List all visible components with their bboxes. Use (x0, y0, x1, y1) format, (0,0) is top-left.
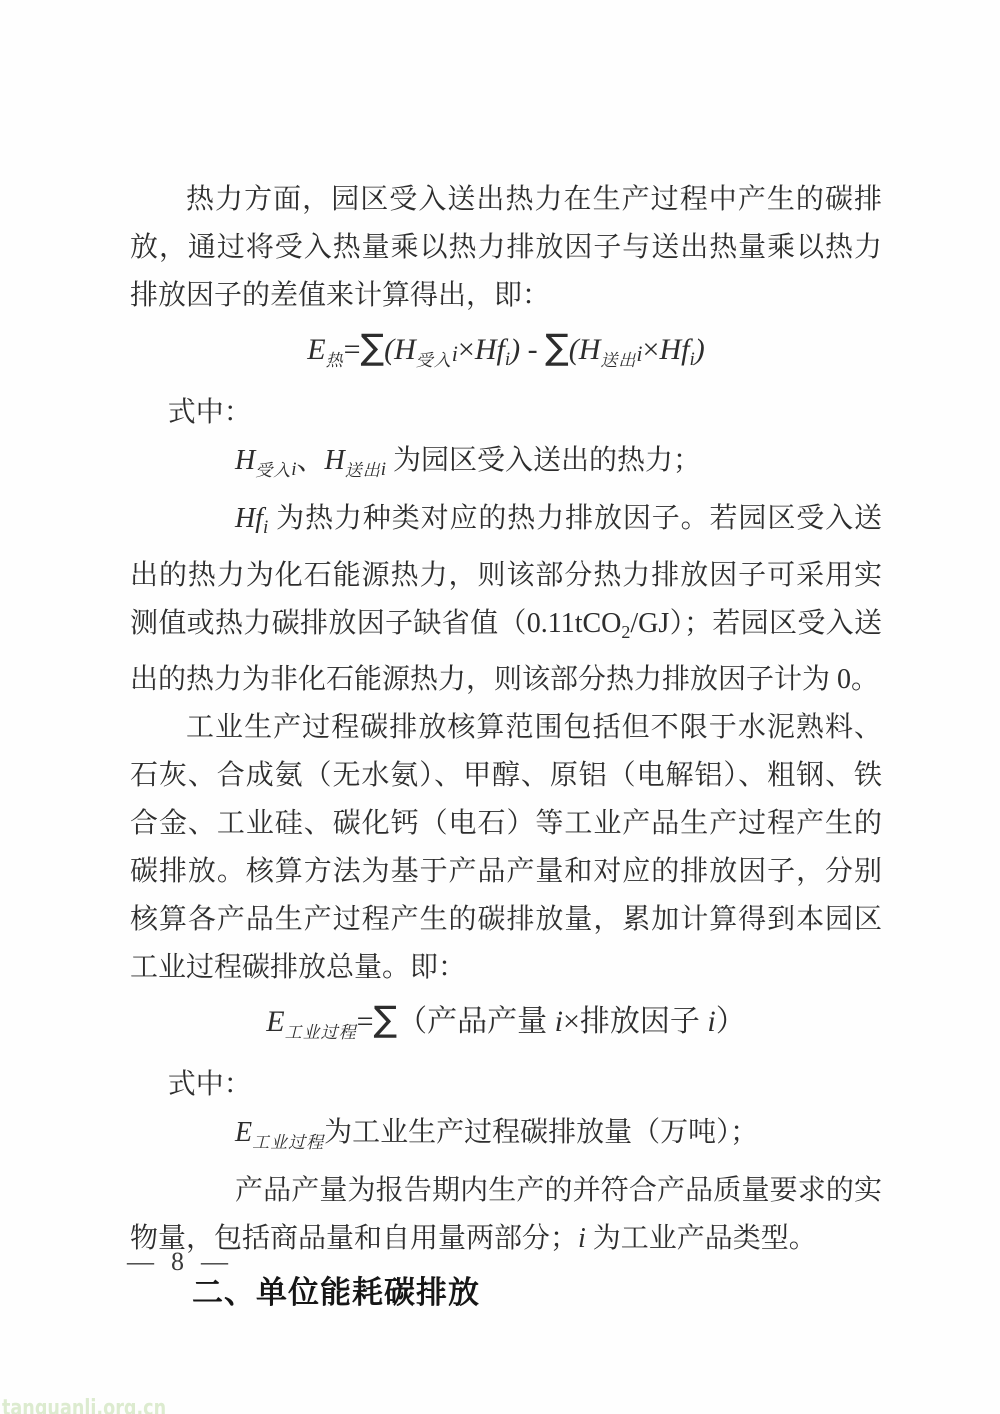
formula-heat-emission: E热=∑(H受入i×Hfi) - ∑(H送出i×Hfi) (130, 320, 882, 389)
formula-paren: ) (695, 333, 705, 366)
formula-var: H (394, 333, 416, 366)
formula-operator: × (458, 333, 475, 366)
separator: 、 (297, 445, 325, 476)
formula-operator: × (563, 1005, 580, 1038)
formula-paren: ) (510, 333, 520, 366)
sum-symbol: ∑ (361, 328, 385, 368)
formula-subscript: 热 (326, 351, 344, 370)
formula-paren: ） (716, 1005, 746, 1038)
paragraph-heat-intro: 热力方面，园区受入送出热力在生产过程中产生的碳排放，通过将受入热量乘以热力排放因… (130, 176, 882, 320)
document-body: 热力方面，园区受入送出热力在生产过程中产生的碳排放，通过将受入热量乘以热力排放因… (130, 176, 882, 1315)
formula-index: i (707, 1005, 715, 1038)
formula-subscript: 工业过程 (252, 1133, 324, 1152)
paragraph-process-intro: 工业生产过程碳排放核算范围包括但不限于水泥熟料、石灰、合成氨（无水氨）、甲醇、原… (130, 704, 882, 992)
definition-product-paragraph: 产品产量为报告期内生产的并符合产品质量要求的实物量，包括商品量和自用量两部分；i… (130, 1167, 882, 1263)
formula-index: i (578, 1223, 586, 1254)
formula-operator: = (344, 333, 361, 366)
formula-var: H (325, 445, 345, 476)
formula-subscript: 送出 (600, 351, 636, 370)
footer-dash-left: — (127, 1246, 154, 1277)
footer-dash-right: — (201, 1246, 228, 1277)
formula-operator: = (357, 1005, 374, 1038)
formula-index: i (555, 1005, 563, 1038)
formula-subscript: 受入 (255, 461, 291, 480)
section-heading-unit-energy: 二、单位能耗碳排放 (130, 1271, 882, 1315)
formula-var: Hf (659, 333, 689, 366)
formula-term: 产品产量 (427, 1005, 555, 1038)
where-label-1: 式中： (130, 389, 882, 437)
formula-var: Hf (235, 503, 263, 534)
definition-e-line: E工业过程为工业生产过程碳排放量（万吨）； (130, 1109, 882, 1167)
sum-symbol: ∑ (374, 1000, 398, 1040)
definition-h-line: H受入i、H送出i 为园区受入送出的热力； (130, 437, 882, 495)
definition-text: 为园区受入送出的热力； (386, 445, 701, 476)
page-number: 8 (171, 1247, 184, 1277)
formula-subscript: 受入 (416, 351, 452, 370)
formula-industrial-process: E工业过程=∑（产品产量 i×排放因子 i） (130, 992, 882, 1061)
definition-text: 为工业生产过程碳排放量（万吨）； (324, 1117, 758, 1148)
definition-hf-paragraph: Hfi 为热力种类对应的热力排放因子。若园区受入送出的热力为化石能源热力，则该部… (130, 495, 882, 704)
formula-paren: ( (384, 333, 394, 366)
formula-var: E (235, 1117, 252, 1148)
formula-operator: - (520, 333, 545, 366)
formula-var: E (307, 333, 325, 366)
formula-subscript: 送出 (345, 461, 381, 480)
where-label-2: 式中： (130, 1061, 882, 1109)
formula-term: 排放因子 (580, 1005, 708, 1038)
formula-operator: × (643, 333, 660, 366)
formula-var: Hf (475, 333, 505, 366)
formula-paren: （ (397, 1005, 427, 1038)
formula-subscript: 工业过程 (285, 1023, 357, 1042)
formula-var: H (579, 333, 601, 366)
formula-var: H (235, 445, 255, 476)
site-watermark: tanguanli.org.cn (2, 1396, 166, 1414)
document-page: 热力方面，园区受入送出热力在生产过程中产生的碳排放，通过将受入热量乘以热力排放因… (0, 0, 1000, 1414)
sum-symbol: ∑ (545, 328, 569, 368)
formula-paren: ( (569, 333, 579, 366)
formula-var: E (266, 1005, 284, 1038)
page-footer: —8— (127, 1246, 228, 1277)
definition-text: 为工业产品类型。 (586, 1223, 817, 1254)
